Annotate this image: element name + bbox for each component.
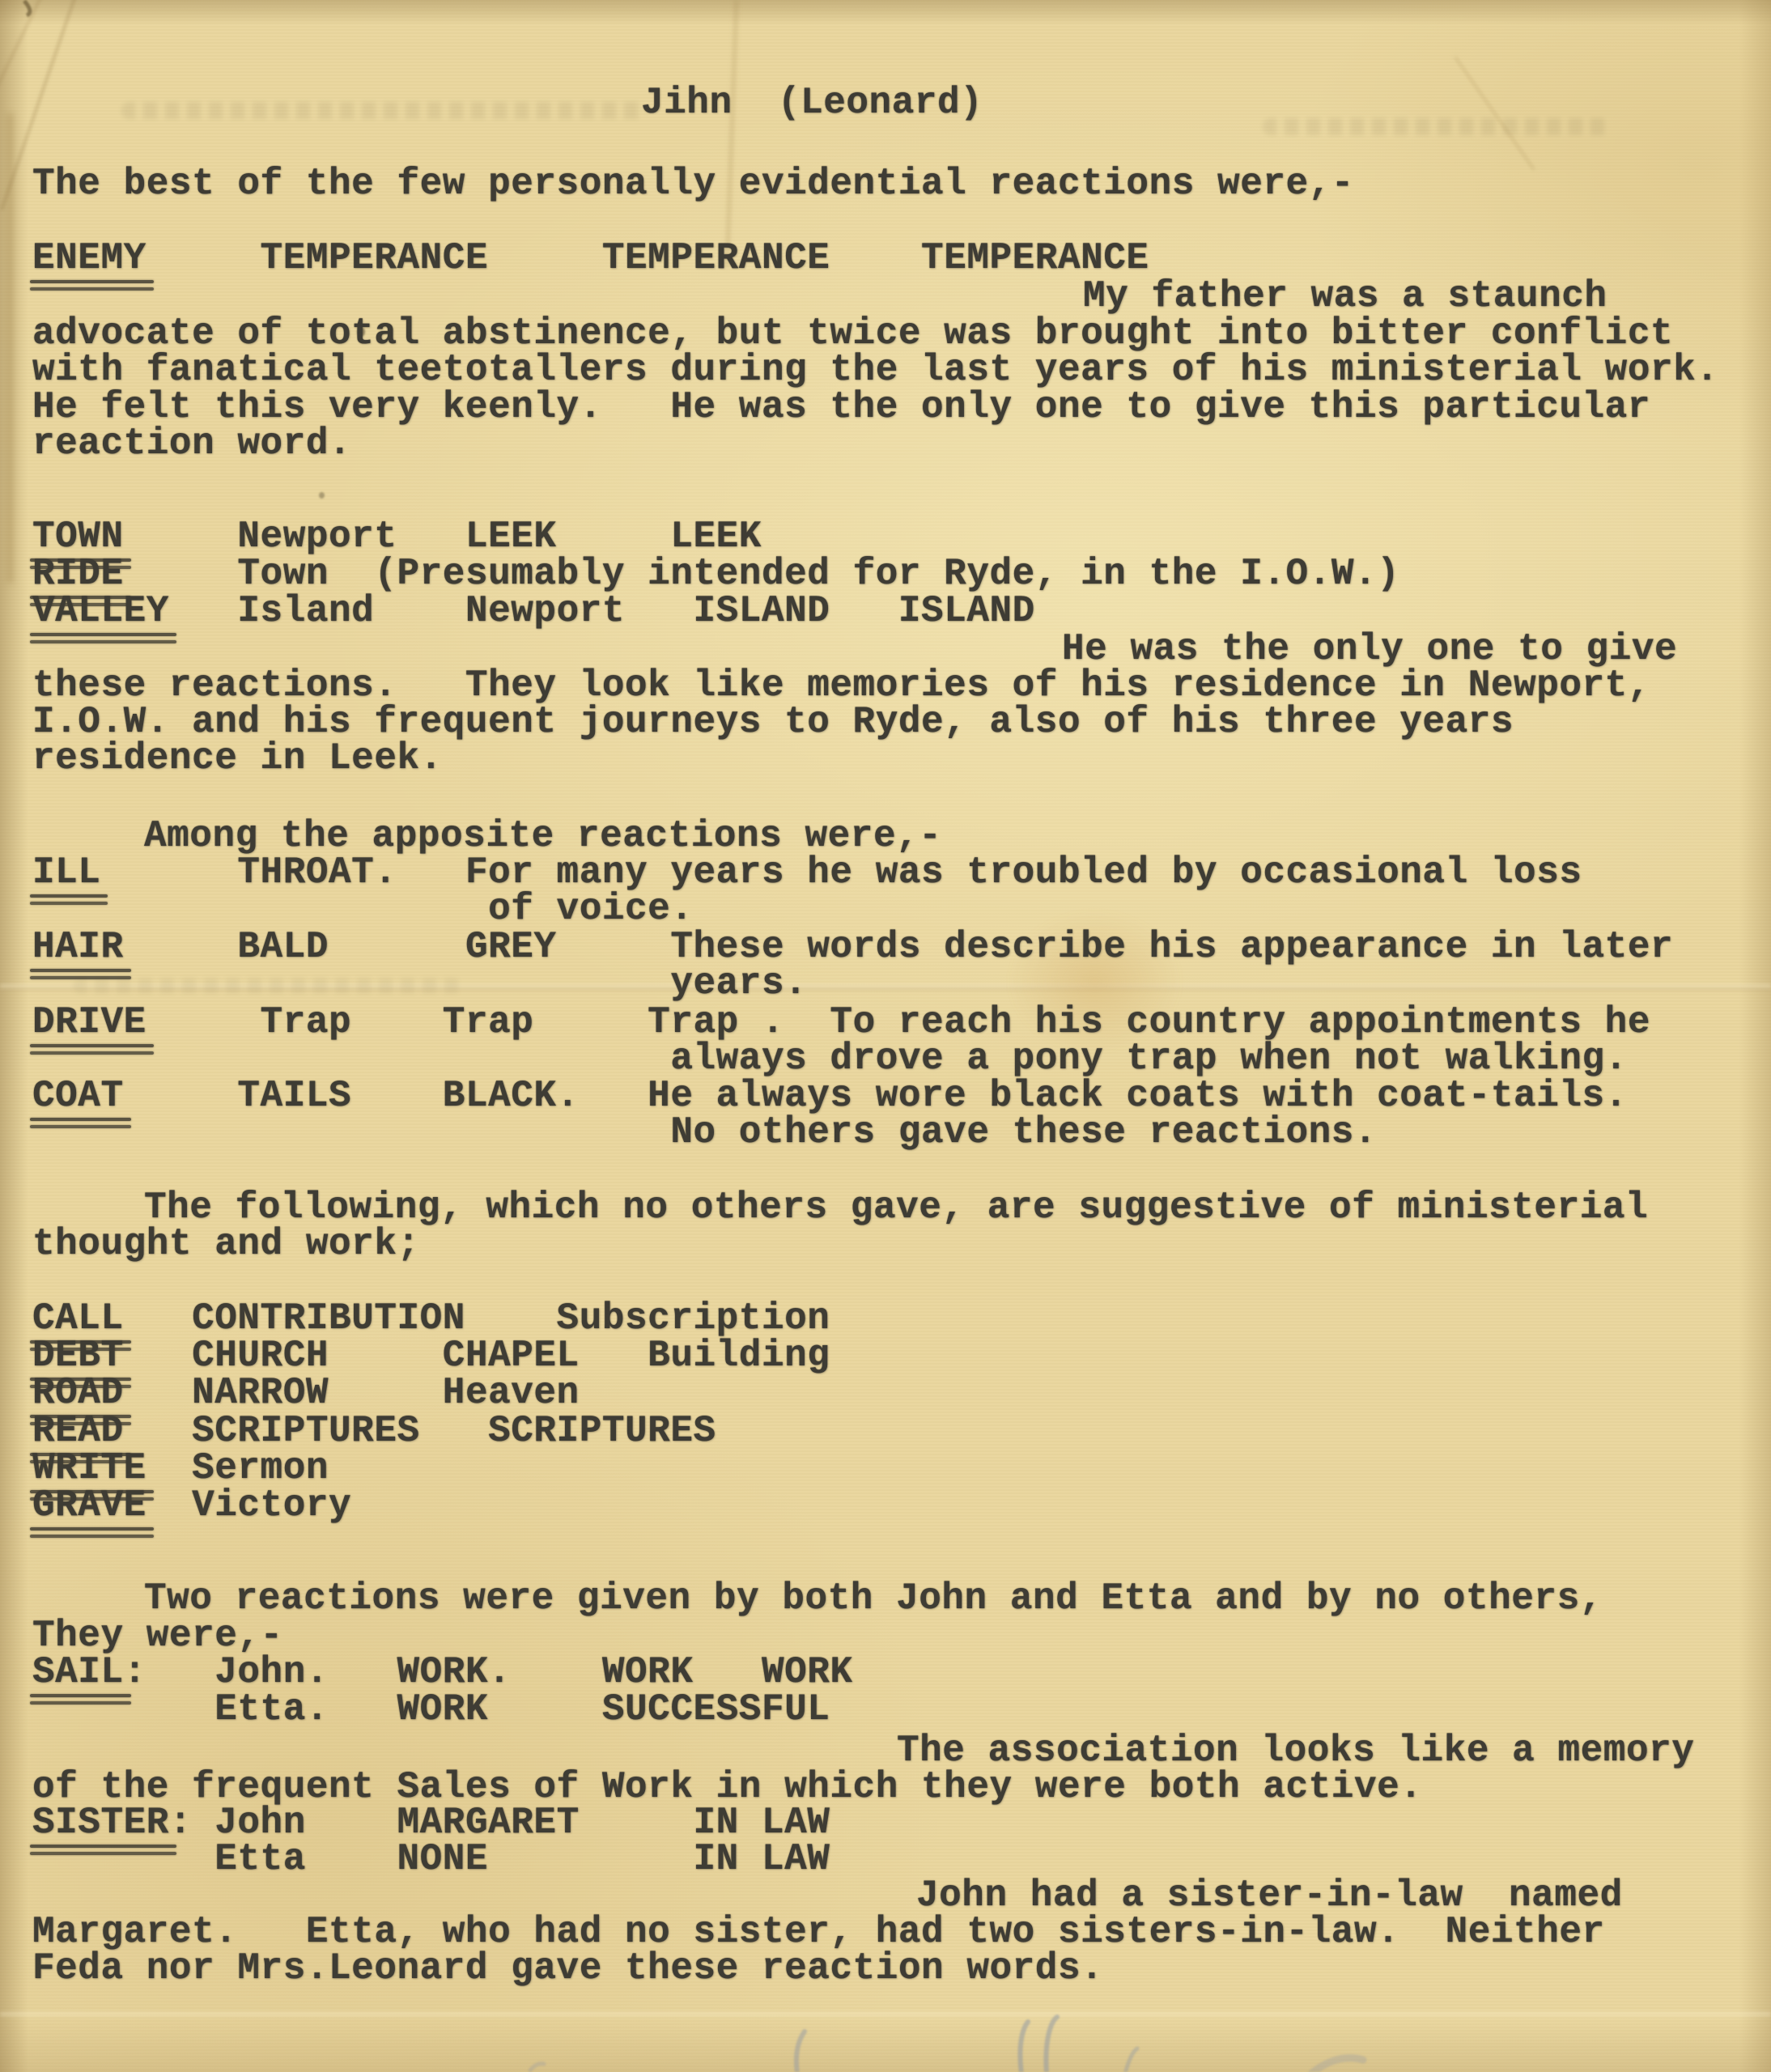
typewritten-document-page: Jihn (Leonard) The best of the few perso…: [0, 0, 1771, 2072]
pencil-handwriting-remnant: [0, 0, 1771, 2072]
corner-curl-mark: [24, 1, 30, 15]
